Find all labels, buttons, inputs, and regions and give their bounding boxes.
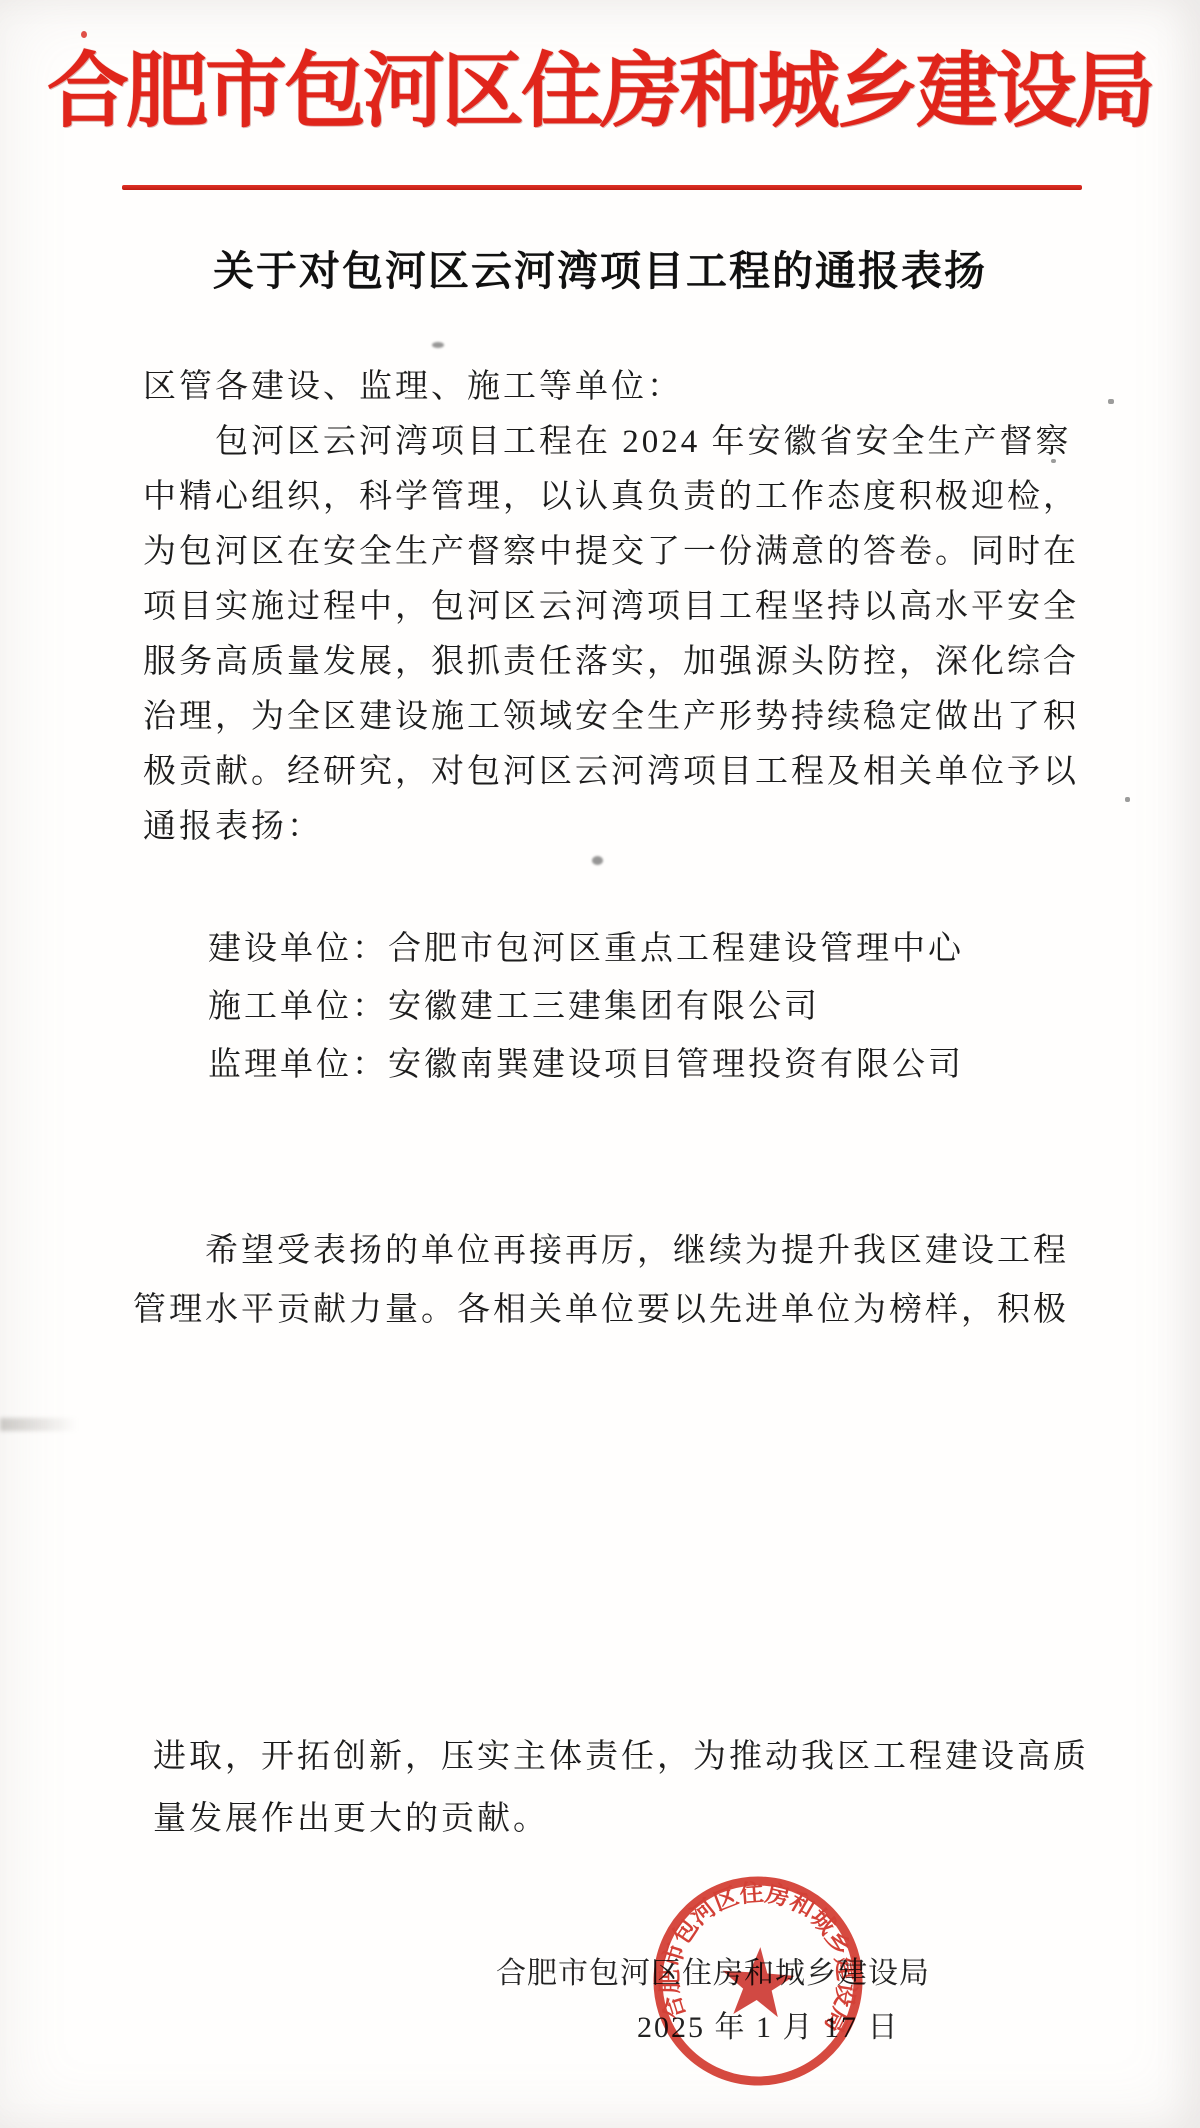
body-line: 项目实施过程中，包河区云河湾项目工程坚持以高水平安全	[143, 580, 1058, 635]
body-line: 治理，为全区建设施工领域安全生产形势持续稳定做出了积	[143, 690, 1058, 745]
body-paragraph-1: 区管各建设、监理、施工等单位： 包河区云河湾项目工程在 2024 年安徽省安全生…	[143, 360, 1058, 855]
body-line: 通报表扬：	[143, 800, 1058, 855]
list-item: 施工单位：安徽建工三建集团有限公司	[208, 978, 964, 1036]
seal-star-icon	[720, 1945, 797, 2019]
body-paragraph-3: 进取，开拓创新，压实主体责任，为推动我区工程建设高质 量发展作出更大的贡献。	[153, 1726, 1068, 1850]
body-line: 管理水平贡献力量。各相关单位要以先进单位为榜样，积极	[133, 1281, 1048, 1340]
body-line: 包河区云河湾项目工程在 2024 年安徽省安全生产督察	[143, 415, 1058, 470]
list-item: 建设单位：合肥市包河区重点工程建设管理中心	[208, 920, 964, 978]
unit-name: 安徽建工三建集团有限公司	[388, 989, 820, 1025]
unit-role-label: 监理单位：	[208, 1047, 388, 1083]
body-line: 希望受表扬的单位再接再厉，继续为提升我区建设工程	[133, 1222, 1048, 1281]
scan-speck	[1051, 459, 1056, 463]
unit-role-label: 施工单位：	[208, 989, 388, 1025]
list-item: 监理单位：安徽南巽建设项目管理投资有限公司	[208, 1036, 964, 1094]
scan-edge-streak	[0, 1418, 78, 1431]
salutation-line: 区管各建设、监理、施工等单位：	[143, 360, 1058, 415]
scan-smudge	[592, 856, 603, 865]
body-paragraph-2: 希望受表扬的单位再接再厉，继续为提升我区建设工程 管理水平贡献力量。各相关单位要…	[133, 1222, 1048, 1340]
unit-name: 安徽南巽建设项目管理投资有限公司	[388, 1047, 964, 1083]
unit-name: 合肥市包河区重点工程建设管理中心	[388, 931, 964, 967]
body-line: 极贡献。经研究，对包河区云河湾项目工程及相关单位予以	[143, 745, 1058, 800]
document-title: 关于对包河区云河湾项目工程的通报表扬	[0, 238, 1200, 297]
commended-units-list: 建设单位：合肥市包河区重点工程建设管理中心 施工单位：安徽建工三建集团有限公司 …	[208, 920, 964, 1094]
body-line: 服务高质量发展，狠抓责任落实，加强源头防控，深化综合	[143, 635, 1058, 690]
scan-smudge	[432, 342, 444, 348]
unit-role-label: 建设单位：	[208, 931, 388, 967]
official-seal-stamp: 合肥市包河区住房和城乡建设局	[630, 1853, 886, 2109]
scan-speck	[81, 31, 87, 38]
agency-letterhead-title: 合肥市包河区住房和城乡建设局	[0, 26, 1200, 143]
body-line: 进取，开拓创新，压实主体责任，为推动我区工程建设高质	[153, 1726, 1068, 1788]
scan-speck	[1125, 797, 1130, 802]
letterhead-divider-rule	[122, 185, 1082, 190]
body-line: 量发展作出更大的贡献。	[153, 1788, 1068, 1850]
scan-speck	[1108, 399, 1114, 404]
body-line: 为包河区在安全生产督察中提交了一份满意的答卷。同时在	[143, 525, 1058, 580]
body-line: 中精心组织，科学管理，以认真负责的工作态度积极迎检，	[143, 470, 1058, 525]
scanned-document-page: 合肥市包河区住房和城乡建设局 关于对包河区云河湾项目工程的通报表扬 区管各建设、…	[0, 0, 1200, 2128]
